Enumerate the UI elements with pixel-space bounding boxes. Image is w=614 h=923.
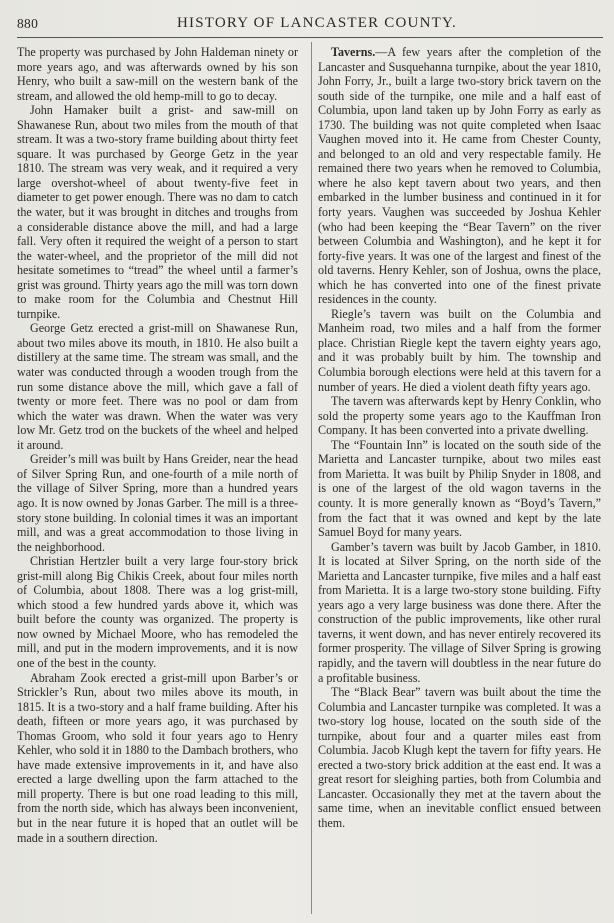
paragraph: Greider’s mill was built by Hans Greider… (17, 452, 298, 554)
running-head: HISTORY OF LANCASTER COUNTY. (17, 15, 597, 32)
paragraph-text: —A few years after the completion of the… (318, 45, 601, 306)
paragraph: John Hamaker built a grist- and saw-mill… (17, 103, 298, 321)
section-heading: Taverns. (331, 45, 375, 59)
paragraph: The “Black Bear” tavern was built about … (318, 685, 601, 830)
book-page: 880 HISTORY OF LANCASTER COUNTY. The pro… (0, 0, 614, 923)
paragraph: The property was purchased by John Halde… (17, 45, 298, 103)
paragraph: The “Fountain Inn” is located on the sou… (318, 438, 601, 540)
paragraph: Abraham Zook erected a grist-mill upon B… (17, 671, 298, 846)
paragraph: Gamber’s tavern was built by Jacob Gambe… (318, 540, 601, 685)
paragraph-taverns: Taverns.—A few years after the completio… (318, 45, 601, 307)
paragraph: Christian Hertzler built a very large fo… (17, 554, 298, 670)
header-rule (17, 37, 603, 38)
paragraph: The tavern was afterwards kept by Henry … (318, 394, 601, 438)
paragraph: Riegle’s tavern was built on the Columbi… (318, 307, 601, 394)
page-header: 880 HISTORY OF LANCASTER COUNTY. (17, 13, 597, 33)
right-column: Taverns.—A few years after the completio… (318, 45, 601, 831)
left-column: The property was purchased by John Halde… (17, 45, 298, 845)
paragraph: George Getz erected a grist-mill on Shaw… (17, 321, 298, 452)
column-divider (311, 42, 312, 914)
